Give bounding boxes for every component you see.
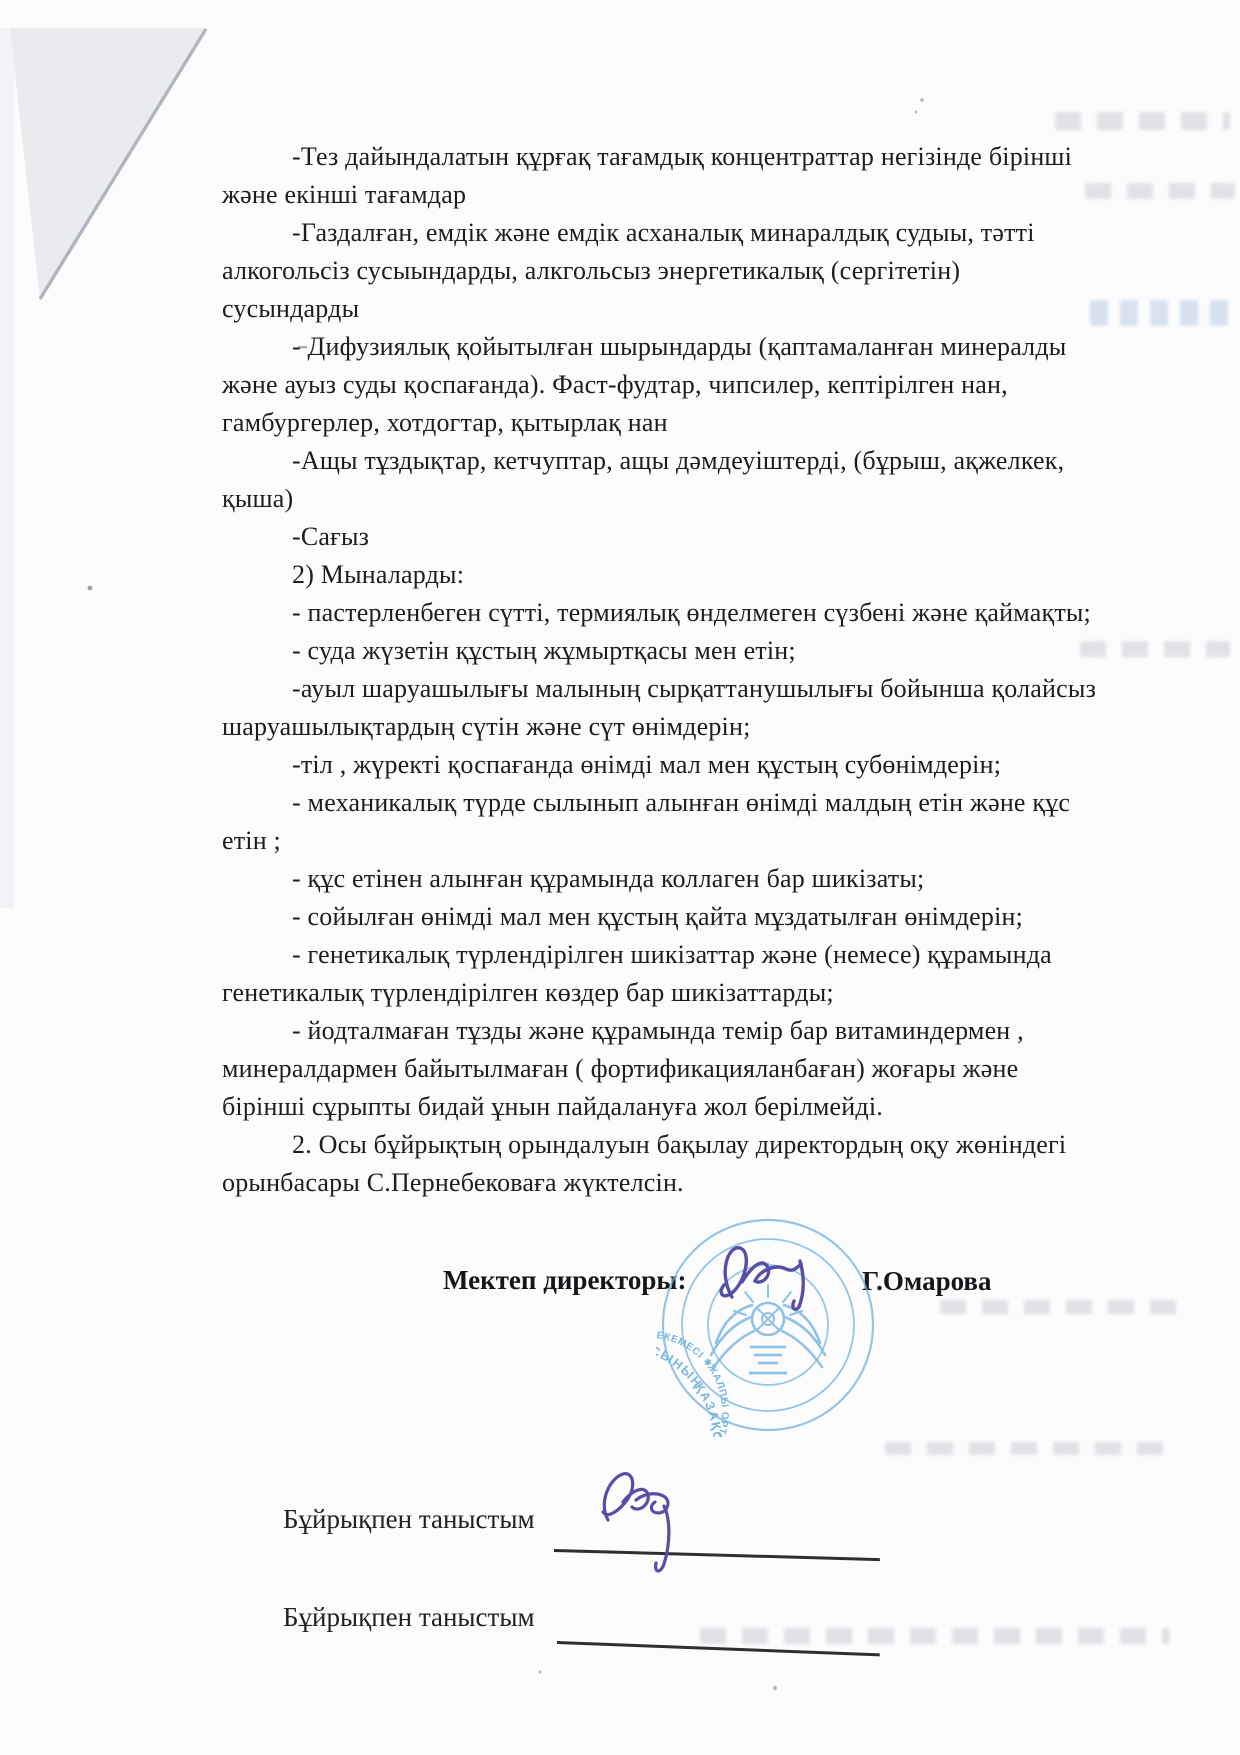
scan-speck bbox=[538, 1670, 541, 1673]
body-line: сусындарды bbox=[222, 290, 1172, 328]
body-line: - пастерленбеген сүтті, термиялық өнделм… bbox=[222, 594, 1172, 632]
body-line: генетикалық түрлендірілген көздер бар ши… bbox=[222, 974, 1172, 1012]
scan-speck bbox=[773, 1686, 777, 1690]
scan-speck bbox=[915, 111, 918, 114]
body-line: -Сағыз bbox=[222, 518, 1172, 556]
body-line: 2. Осы бұйрықтың орындалуын бақылау дире… bbox=[222, 1126, 1172, 1164]
body-line: - суда жүзетін құстың жұмыртқасы мен еті… bbox=[222, 632, 1172, 670]
body-line: -тіл , жүректі қоспағанда өнімді мал мен… bbox=[222, 746, 1172, 784]
bleedthrough-mark bbox=[885, 1442, 1165, 1455]
page-fold-crease bbox=[40, 29, 206, 299]
body-line: бірінші сұрыпты бидай ұнын пайдалануға ж… bbox=[222, 1088, 1172, 1126]
body-line: -Тез дайындалатын құрғақ тағамдық концен… bbox=[222, 138, 1172, 176]
official-round-stamp: ҚАЗАҚСТАН РЕСПУБЛИКАСЫ ШЫМКЕНТ ҚАЛАСЫНЫҢ… bbox=[656, 1213, 880, 1437]
body-line: - сойылған өнімді мал мен құстың қайта м… bbox=[222, 898, 1172, 936]
body-line: орынбасары С.Пернебековаға жүктелсін. bbox=[222, 1164, 1172, 1202]
body-line: гамбургерлер, хотдогтар, қытырлақ нан bbox=[222, 404, 1172, 442]
body-line: етін ; bbox=[222, 822, 1172, 860]
bleedthrough-mark bbox=[940, 1300, 1180, 1314]
scanned-document-page: { "colors": { "page_bg": "#fcfcfd", "tex… bbox=[0, 0, 1240, 1755]
body-line: - құс етінен алынған құрамында коллаген … bbox=[222, 860, 1172, 898]
body-line: - Дифузиялық қойытылған шырындарды (қапт… bbox=[222, 328, 1172, 366]
body-line: -Ащы тұздықтар, кетчуптар, ащы дәмдеуішт… bbox=[222, 442, 1172, 480]
stamp-inner-ring-text: ЖАЛПЫ ОРТА БІЛІМ БЕРЕТІН МЕКТЕБІ КОММУНА… bbox=[656, 1213, 730, 1437]
body-line: алкогольсіз сусыындарды, алкгольсыз энер… bbox=[222, 252, 1172, 290]
director-title-label: Мектеп директоры: bbox=[443, 1265, 687, 1296]
bleedthrough-mark bbox=[700, 1628, 1170, 1644]
signature-underline bbox=[554, 1549, 880, 1561]
body-line: - механикалық түрде сылынып алынған өнім… bbox=[222, 784, 1172, 822]
signature-underline bbox=[557, 1641, 880, 1656]
acknowledgement-label: Бұйрықпен таныстым bbox=[283, 1504, 535, 1535]
body-line: қыша) bbox=[222, 480, 1172, 518]
body-line: минералдармен байытылмаған ( фортификаци… bbox=[222, 1050, 1172, 1088]
scan-speck bbox=[920, 98, 924, 102]
body-line: шаруашылықтардың сүтін және сүт өнімдері… bbox=[222, 708, 1172, 746]
body-line: -ауыл шаруашылығы малының сырқаттанушылы… bbox=[222, 670, 1172, 708]
bleedthrough-mark bbox=[1055, 112, 1230, 130]
page-fold-shadow bbox=[10, 28, 206, 300]
body-line: -Газдалған, емдік және емдік асханалық м… bbox=[222, 214, 1172, 252]
director-name: Г.Омарова bbox=[862, 1266, 992, 1297]
body-line: 2) Мыналарды: bbox=[222, 556, 1172, 594]
scan-speck bbox=[88, 586, 93, 591]
body-line: және екінші тағамдар bbox=[222, 176, 1172, 214]
body-line: және ауыз суды қоспағанда). Фаст-фудтар,… bbox=[222, 366, 1172, 404]
stamp-emblem: ✦ bbox=[711, 1260, 825, 1373]
page-left-edge-shadow bbox=[0, 28, 14, 908]
body-line: - йодталмаған тұзды және құрамында темір… bbox=[222, 1012, 1172, 1050]
body-line: - генетикалық түрлендірілген шикізаттар … bbox=[222, 936, 1172, 974]
acknowledgement-signature-ink bbox=[590, 1462, 700, 1587]
acknowledgement-label: Бұйрықпен таныстым bbox=[283, 1602, 535, 1633]
order-body-text: -Тез дайындалатын құрғақ тағамдық концен… bbox=[222, 138, 1172, 1202]
svg-text:✦: ✦ bbox=[763, 1260, 772, 1272]
